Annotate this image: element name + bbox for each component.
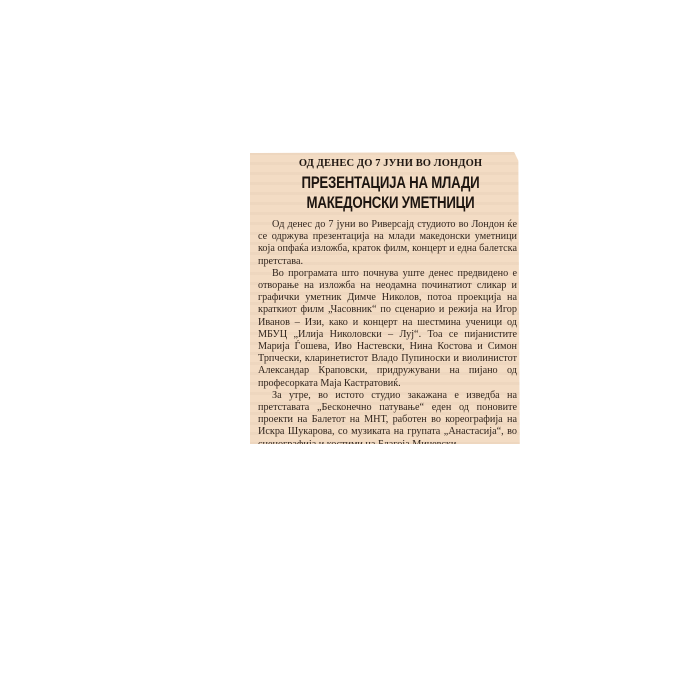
article-kicker: ОД ДЕНЕС ДО 7 ЈУНИ ВО ЛОНДОН [258,158,523,169]
scanned-page: ОД ДЕНЕС ДО 7 ЈУНИ ВО ЛОНДОН ПРЕЗЕНТАЦИЈ… [0,0,700,700]
newspaper-clipping: ОД ДЕНЕС ДО 7 ЈУНИ ВО ЛОНДОН ПРЕЗЕНТАЦИЈ… [250,152,531,444]
article-body: Од денес до 7 јуни во Риверсајд студиото… [258,219,523,451]
headline-line-1: ПРЕЗЕНТАЦИЈА НА МЛАДИ [264,173,518,193]
headline-line-2: МАКЕДОНСКИ УМЕТНИЦИ [264,193,518,213]
article-paragraph-1: Од денес до 7 јуни во Риверсајд студиото… [258,219,517,268]
article-paragraph-3: За утре, во истото студио закажана е изв… [258,390,517,451]
article-headline: ПРЕЗЕНТАЦИЈА НА МЛАДИ МАКЕДОНСКИ УМЕТНИЦ… [264,173,518,213]
article-paragraph-2: Во програмата што почнува уште денес пре… [258,268,517,390]
author-signature: Г.К. [258,451,523,462]
